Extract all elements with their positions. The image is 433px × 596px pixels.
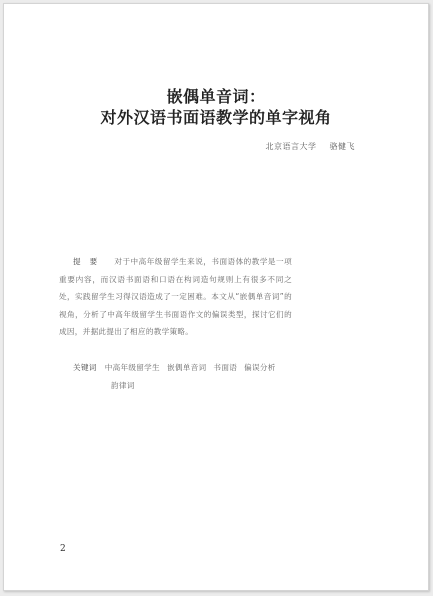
title-line-2: 对外汉语书面语教学的单字视角 xyxy=(4,105,428,128)
abstract-label: 提要 xyxy=(73,253,106,271)
keywords-label: 关键词 xyxy=(73,359,97,377)
document-page: 嵌偶单音词： 对外汉语书面语教学的单字视角 北京语言大学 骆健飞 提要对于中高年… xyxy=(3,3,429,591)
author-name: 骆健飞 xyxy=(330,142,356,151)
title-line-1: 嵌偶单音词： xyxy=(4,84,428,107)
keyword: 中高年级留学生 xyxy=(105,363,160,372)
keyword: 韵律词 xyxy=(111,381,135,390)
author-line: 北京语言大学 骆健飞 xyxy=(265,141,355,152)
abstract: 提要对于中高年级留学生来说，书面语体的教学是一项重要内容，而汉语书面语和口语在构… xyxy=(59,253,292,341)
keyword: 偏误分析 xyxy=(244,363,276,372)
author-affiliation: 北京语言大学 xyxy=(265,142,316,151)
keywords: 关键词中高年级留学生嵌偶单音词书面语偏误分析 韵律词 xyxy=(59,359,292,394)
keyword: 书面语 xyxy=(213,363,237,372)
keyword: 嵌偶单音词 xyxy=(167,363,206,372)
page-number: 2 xyxy=(60,544,66,554)
